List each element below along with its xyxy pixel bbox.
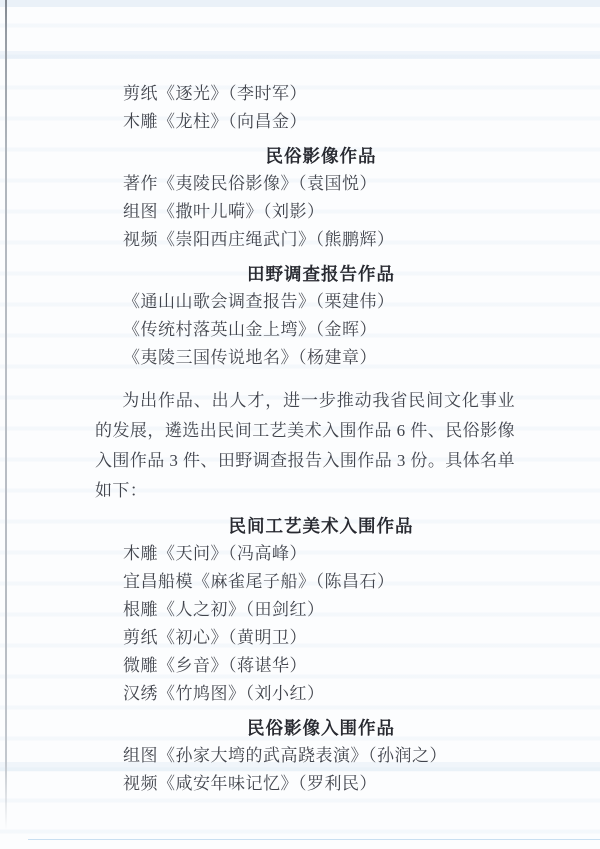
work-list-item: 微雕《乡音》（蒋谌华） (95, 652, 515, 680)
work-list-item: 视频《咸安年味记忆》（罗利民） (95, 770, 515, 798)
work-list-item: 视频《崇阳西庄绳武门》（熊鹏辉） (95, 226, 515, 254)
section-heading-folk-photography-shortlist: 民俗影像入围作品 (111, 714, 531, 742)
scan-bottom-edge-line (28, 839, 600, 840)
work-list-item: 《通山山歌会调查报告》（栗建伟） (95, 288, 515, 316)
body-paragraph: 为出作品、出人才，进一步推动我省民间文化事业的发展，遴选出民间工艺美术入围作品 … (95, 386, 515, 506)
work-list-field-report: 《通山山歌会调查报告》（栗建伟） 《传统村落英山金上塆》（金晖） 《夷陵三国传说… (95, 288, 515, 372)
work-list-folk-photography-shortlist: 组图《孙家大塆的武高跷表演》（孙润之） 视频《咸安年味记忆》（罗利民） (95, 742, 515, 798)
work-list-item: 著作《夷陵民俗影像》（袁国悦） (95, 170, 515, 198)
work-list-folk-art-shortlist: 木雕《天问》（冯高峰） 宜昌船模《麻雀尾子船》（陈昌石） 根雕《人之初》（田剑红… (95, 540, 515, 708)
work-list-folk-photography: 著作《夷陵民俗影像》（袁国悦） 组图《撒叶儿嗬》（刘影） 视频《崇阳西庄绳武门》… (95, 170, 515, 254)
scan-streak-band (0, 0, 600, 7)
work-list-item: 汉绣《竹鸠图》（刘小红） (95, 680, 515, 708)
section-heading-field-report: 田野调查报告作品 (111, 260, 531, 288)
work-list-item: 木雕《天问》（冯高峰） (95, 540, 515, 568)
work-list-item: 组图《撒叶儿嗬》（刘影） (95, 198, 515, 226)
work-list-item: 宜昌船模《麻雀尾子船》（陈昌石） (95, 568, 515, 596)
work-list-item: 剪纸《初心》（黄明卫） (95, 624, 515, 652)
work-list-item: 木雕《龙柱》（向昌金） (95, 108, 515, 136)
section-heading-folk-art-shortlist: 民间工艺美术入围作品 (111, 512, 531, 540)
work-list-item: 根雕《人之初》（田剑红） (95, 596, 515, 624)
work-list-folk-art-continued: 剪纸《逐光》（李时军） 木雕《龙柱》（向昌金） (95, 80, 515, 136)
work-list-item: 剪纸《逐光》（李时军） (95, 80, 515, 108)
scan-edge-line (5, 0, 7, 830)
work-list-item: 《夷陵三国传说地名》（杨建章） (95, 344, 515, 372)
document-content: 剪纸《逐光》（李时军） 木雕《龙柱》（向昌金） 民俗影像作品 著作《夷陵民俗影像… (95, 80, 515, 798)
work-list-item: 组图《孙家大塆的武高跷表演》（孙润之） (95, 742, 515, 770)
scan-streak-band (0, 51, 600, 59)
work-list-item: 《传统村落英山金上塆》（金晖） (95, 316, 515, 344)
section-heading-folk-photography: 民俗影像作品 (111, 142, 531, 170)
